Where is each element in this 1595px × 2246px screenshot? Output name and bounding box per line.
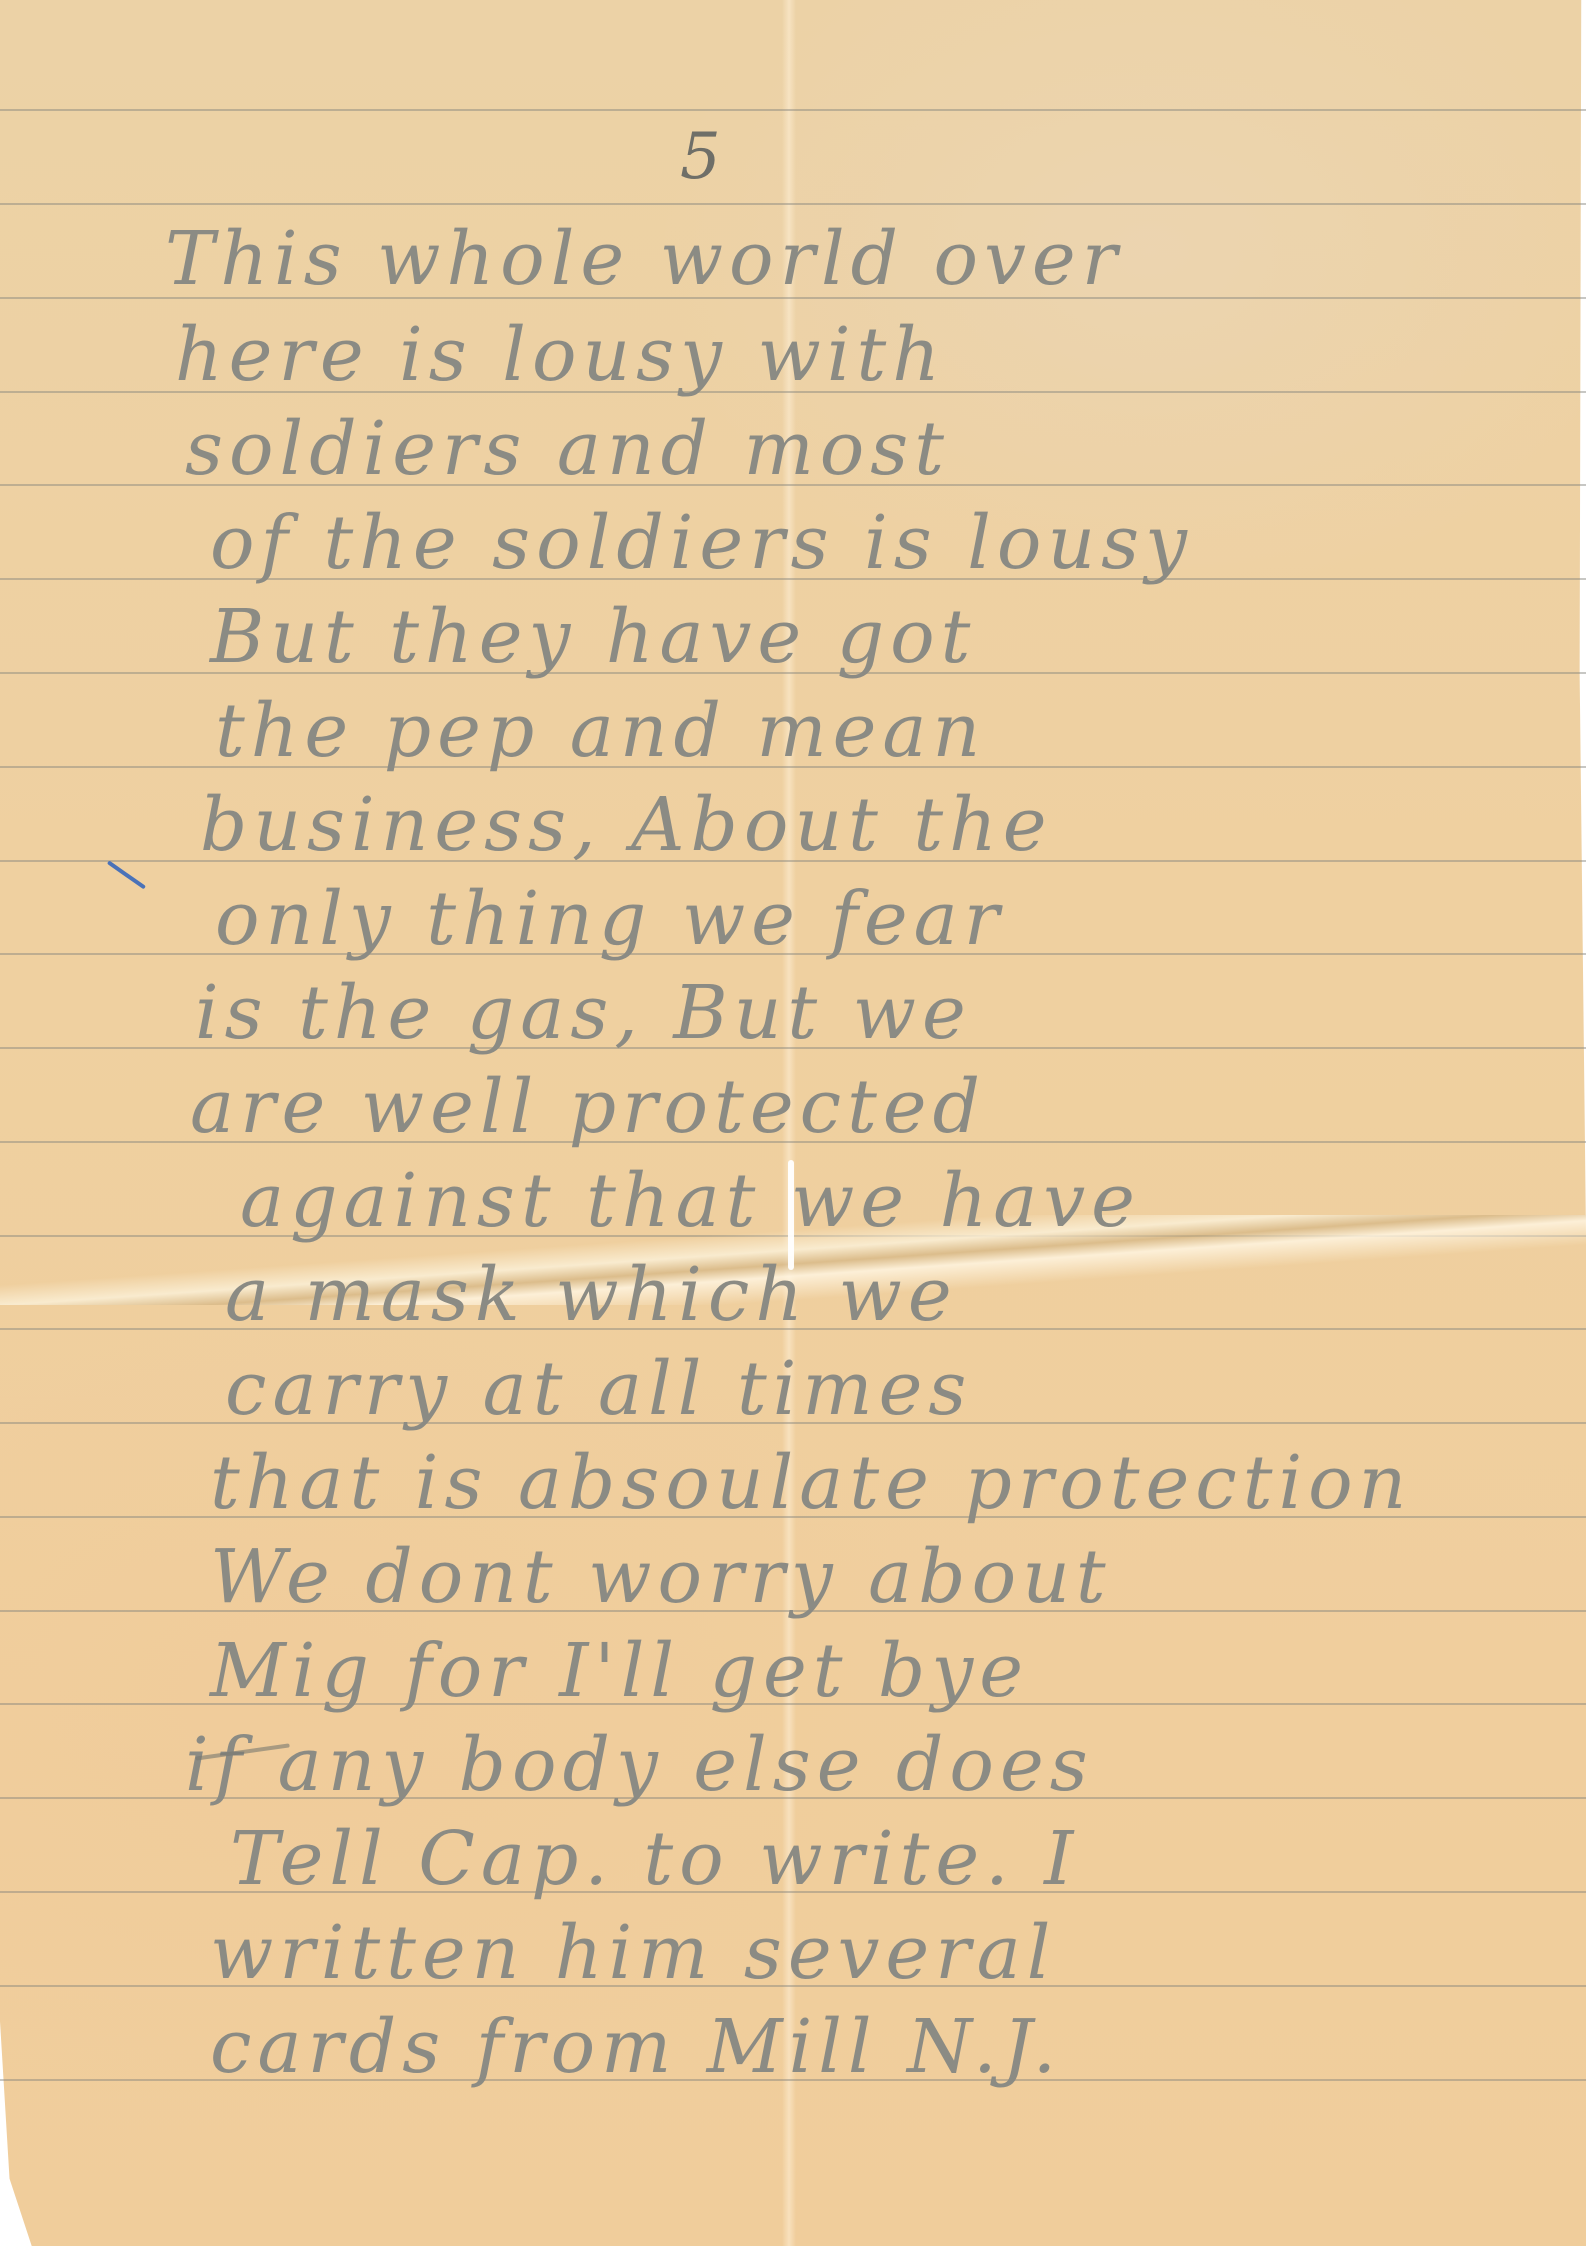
text-line: of the soldiers is lousy [210,506,1193,580]
text-line: against that we have [240,1164,1141,1238]
text-line: that is absoulate protection [210,1446,1412,1520]
text-line: cards from Mill N.J. [210,2010,1062,2084]
text-line: soldiers and most [185,412,950,486]
ruled-line [0,109,1586,111]
text-line: if any body else does [185,1728,1094,1802]
text-line: business, About the [200,788,1053,862]
text-line: the pep and mean [215,694,986,768]
ruled-line [0,203,1586,205]
text-line: We dont worry about [210,1540,1112,1614]
text-line: carry at all times [225,1352,972,1426]
text-line: written him several [210,1916,1056,1990]
page-number: 5 [680,120,721,194]
text-line: is the gas, But we [195,976,972,1050]
text-line: are well protected [190,1070,986,1144]
text-line: But they have got [210,600,976,674]
text-line: Mig for I'll get bye [210,1634,1029,1708]
text-line: Tell Cap. to write. I [230,1822,1079,1896]
text-line: here is lousy with [175,318,946,392]
text-line: This whole world over [165,222,1123,296]
text-line: a mask which we [225,1258,958,1332]
text-line: only thing we fear [215,882,1005,956]
